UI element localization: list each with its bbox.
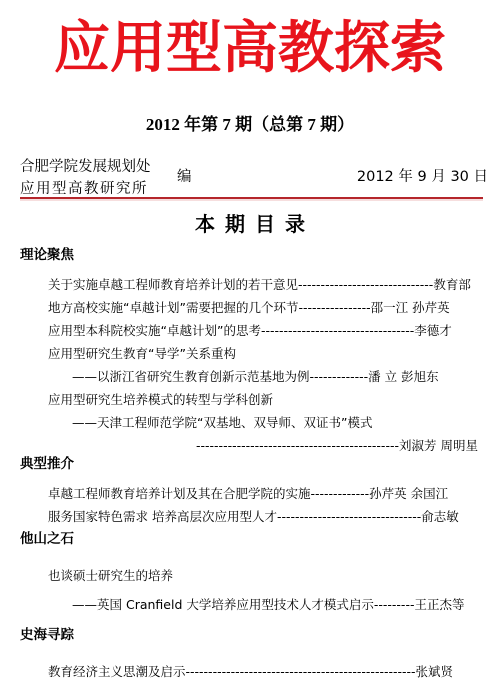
toc-entry[interactable]: 应用型研究生培养模式的转型与学科创新 [48,391,273,409]
toc-entry[interactable]: 应用型本科院校实施“卓越计划”的思考----------------------… [48,322,452,340]
toc-entry-authors[interactable]: ----------------------------------------… [196,437,478,455]
publisher-line-2: 应用型高教研究所 [20,179,148,199]
toc-entry[interactable]: 卓越工程师教育培养计划及其在合肥学院的实施-------------孙芹英 余国… [48,485,448,503]
toc-entry[interactable]: 教育经济主义思潮及启示-----------------------------… [48,663,453,681]
edit-label: 编 [177,167,192,187]
toc-entry[interactable]: 应用型研究生教育“导学”关系重构 [48,345,236,363]
toc-entry[interactable]: 服务国家特色需求 培养高层次应用型人才---------------------… [48,508,459,526]
section-heading-typical: 典型推介 [20,455,74,473]
issue-number: 2012 年第 7 期（总第 7 期） [0,113,500,137]
toc-entry-subtitle[interactable]: ——英国 Cranfield 大学培养应用型技术人才模式启示---------王… [72,596,464,614]
section-heading-history: 史海寻踪 [20,626,74,644]
publisher-line-1: 合肥学院发展规划处 [20,157,151,177]
toc-entry[interactable]: 也谈硕士研究生的培养 [48,567,173,585]
masthead-title: 应用型高教探索 [0,12,500,84]
toc-entry[interactable]: 关于实施卓越工程师教育培养计划的若干意见--------------------… [48,276,471,294]
toc-title: 本期目录 [0,210,500,238]
toc-entry[interactable]: 地方高校实施“卓越计划”需要把握的几个环节----------------邵一江… [48,299,450,317]
section-heading-theory: 理论聚焦 [20,246,74,264]
publication-date: 2012 年 9 月 30 日 [357,167,488,187]
toc-entry-subtitle[interactable]: ——以浙江省研究生教育创新示范基地为例-------------潘 立 彭旭东 [72,368,439,386]
header-divider-shadow [20,199,483,201]
section-heading-abroad: 他山之石 [20,530,74,548]
toc-entry-subtitle[interactable]: ——天津工程师范学院“双基地、双导师、双证书”模式 [72,414,372,432]
